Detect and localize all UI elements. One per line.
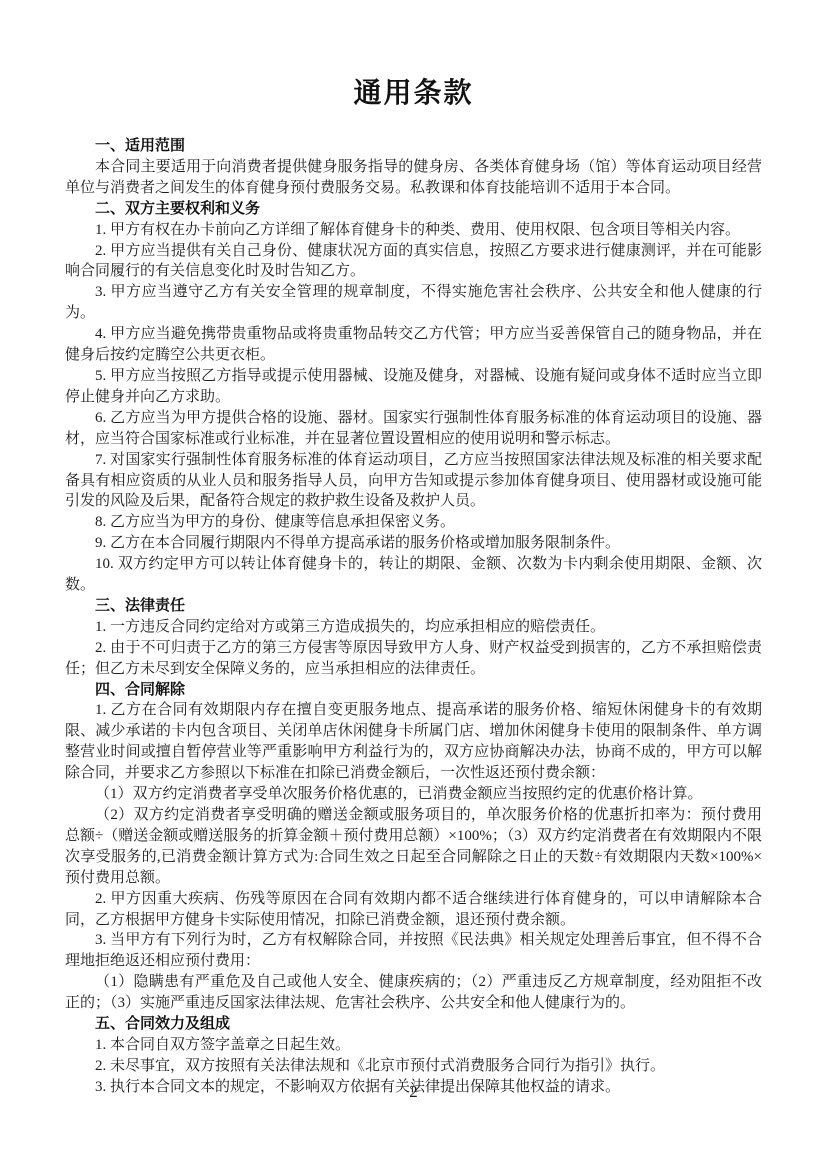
paragraph: 5. 甲方应当按照乙方指导或提示使用器械、设施及健身，对器械、设施有疑问或身体不… <box>65 366 762 408</box>
paragraph: 8. 乙方应当为甲方的身份、健康等信息承担保密义务。 <box>65 512 762 533</box>
page-number: 2 <box>0 1082 827 1102</box>
section-heading-1: 一、适用范围 <box>65 136 762 157</box>
section-heading-3: 三、法律责任 <box>65 596 762 617</box>
paragraph: 9. 乙方在本合同履行期限内不得单方提高承诺的服务价格或增加服务限制条件。 <box>65 533 762 554</box>
paragraph: 2. 甲方应当提供有关自己身份、健康状况方面的真实信息，按照乙方要求进行健康测评… <box>65 241 762 283</box>
document-content: 通用条款 一、适用范围 本合同主要适用于向消费者提供健身服务指导的健身房、各类体… <box>65 78 762 1098</box>
paragraph: 7. 对国家实行强制性体育服务标准的体育运动项目，乙方应当按照国家法律法规及标准… <box>65 450 762 513</box>
paragraph: 1. 甲方有权在办卡前向乙方详细了解体育健身卡的种类、费用、使用权限、包含项目等… <box>65 220 762 241</box>
paragraph: 10. 双方约定甲方可以转让体育健身卡的，转让的期限、金额、次数为卡内剩余使用期… <box>65 554 762 596</box>
paragraph: （1）双方约定消费者享受单次服务价格优惠的，已消费金额应当按照约定的优惠价格计算… <box>65 784 762 805</box>
paragraph: 3. 甲方应当遵守乙方有关安全管理的规章制度，不得实施危害社会秩序、公共安全和他… <box>65 282 762 324</box>
paragraph: （1）隐瞒患有严重危及自己或他人安全、健康疾病的；（2）严重违反乙方规章制度，经… <box>65 972 762 1014</box>
paragraph: 1. 一方违反合同约定给对方或第三方造成损失的，均应承担相应的赔偿责任。 <box>65 617 762 638</box>
section-heading-2: 二、双方主要权利和义务 <box>65 199 762 220</box>
paragraph: 1. 乙方在合同有效期限内存在擅自变更服务地点、提高承诺的服务价格、缩短休闲健身… <box>65 700 762 784</box>
paragraph: 本合同主要适用于向消费者提供健身服务指导的健身房、各类体育健身场（馆）等体育运动… <box>65 157 762 199</box>
paragraph: 3. 当甲方有下列行为时，乙方有权解除合同，并按照《民法典》相关规定处理善后事宜… <box>65 930 762 972</box>
paragraph: （2）双方约定消费者享受明确的赠送金额或服务项目的，单次服务价格的优惠折扣率为：… <box>65 805 762 889</box>
paragraph: 4. 甲方应当避免携带贵重物品或将贵重物品转交乙方代管；甲方应当妥善保管自己的随… <box>65 324 762 366</box>
paragraph: 2. 由于不可归责于乙方的第三方侵害等原因导致甲方人身、财产权益受到损害的，乙方… <box>65 638 762 680</box>
paragraph: 2. 未尽事宜，双方按照有关法律法规和《北京市预付式消费服务合同行为指引》执行。 <box>65 1056 762 1077</box>
paragraph: 6. 乙方应当为甲方提供合格的设施、器材。国家实行强制性体育服务标准的体育运动项… <box>65 408 762 450</box>
section-heading-4: 四、合同解除 <box>65 680 762 701</box>
document-page: 通用条款 一、适用范围 本合同主要适用于向消费者提供健身服务指导的健身房、各类体… <box>0 0 827 1169</box>
section-heading-5: 五、合同效力及组成 <box>65 1014 762 1035</box>
paragraph: 2. 甲方因重大疾病、伤残等原因在合同有效期内都不适合继续进行体育健身的，可以申… <box>65 889 762 931</box>
paragraph: 1. 本合同自双方签字盖章之日起生效。 <box>65 1035 762 1056</box>
document-title: 通用条款 <box>65 78 762 110</box>
